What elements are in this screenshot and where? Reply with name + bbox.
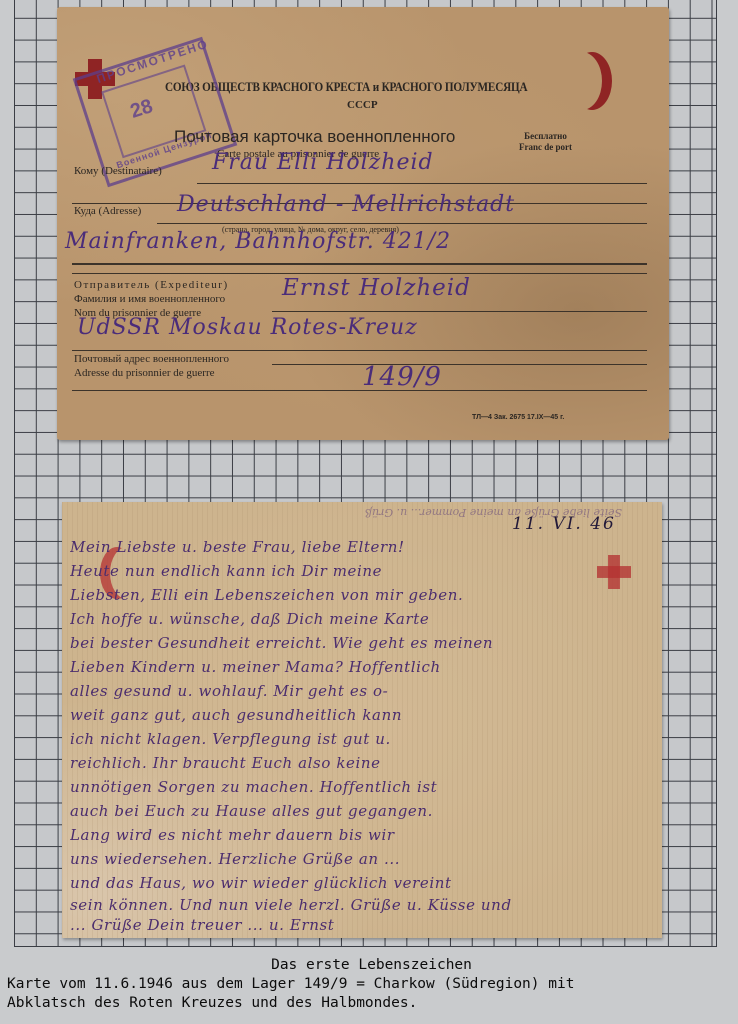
sender-via-value: UdSSR Moskau Rotes-Kreuz xyxy=(77,315,418,340)
caption-line-1: Karte vom 11.6.1946 aus dem Lager 149/9 … xyxy=(0,975,738,994)
print-code: ТЛ—4 Зак. 2675 17.IX—45 г. xyxy=(472,414,564,421)
pow-address-label-fr: Adresse du prisonnier de guerre xyxy=(74,367,215,379)
caption-line-2: Abklatsch des Roten Kreuzes und des Halb… xyxy=(0,994,738,1013)
sender-name-value: Ernst Holzheid xyxy=(282,275,471,301)
letter-line: weit ganz gut, auch gesundheitlich kann xyxy=(70,706,660,724)
letter-date: 11. VI. 46 xyxy=(512,514,616,534)
letter-line: Lang wird es nicht mehr dauern bis wir xyxy=(70,826,660,844)
letter-line: unnötigen Sorgen zu machen. Hoffentlich … xyxy=(70,778,660,796)
letter-line: ich nicht klagen. Verpflegung ist gut u. xyxy=(70,730,660,748)
letter-line: uns wiedersehen. Herzliche Grüße an ... xyxy=(70,850,660,868)
recipient-label: Кому (Destinataire) xyxy=(74,165,162,177)
pow-address-rule xyxy=(272,364,647,365)
address-value-line1: Deutschland - Mellrichstadt xyxy=(177,192,515,217)
recipient-rule xyxy=(197,183,647,184)
letter-line: alles gesund u. wohlauf. Mir geht es o- xyxy=(70,682,660,700)
rule xyxy=(72,350,647,351)
card-title-ru: Почтовая карточка военнопленного xyxy=(174,127,455,147)
letter-line: Heute nun endlich kann ich Dir meine xyxy=(70,562,660,580)
pow-address-label-ru: Почтовый адрес военнопленного xyxy=(74,353,229,365)
postage-free-ru: Бесплатно xyxy=(519,131,572,142)
letter-line: Ich hoffe u. wünsche, daß Dich meine Kar… xyxy=(70,610,660,628)
address-label: Куда (Adresse) xyxy=(74,205,141,217)
postage-free-fr: Franc de port xyxy=(519,142,572,153)
rule xyxy=(72,273,647,274)
postage-free-label: Бесплатно Franc de port xyxy=(519,131,572,153)
album-caption: Das erste Lebenszeichen Karte vom 11.6.1… xyxy=(0,956,738,1013)
address-value-line2: Mainfranken, Bahnhofstr. 421/2 xyxy=(65,229,451,254)
caption-title: Das erste Lebenszeichen xyxy=(0,956,738,975)
address-rule xyxy=(157,223,647,224)
rule xyxy=(72,263,647,265)
letter-line: Mein Liebste u. beste Frau, liebe Eltern… xyxy=(70,538,660,556)
rule xyxy=(72,390,647,391)
red-crescent-icon xyxy=(562,52,602,110)
letter-line: und das Haus, wo wir wieder glücklich ve… xyxy=(70,874,660,892)
recipient-value: Frau Elli Holzheid xyxy=(212,150,434,175)
letter-line: ... Grüße Dein treuer ... u. Ernst xyxy=(70,916,660,934)
sender-name-rule xyxy=(272,311,647,312)
organization-country: СССР xyxy=(347,99,378,111)
letter-line: sein können. Und nun viele herzl. Grüße … xyxy=(70,896,660,914)
letter-line: Lieben Kindern u. meiner Mama? Hoffentli… xyxy=(70,658,660,676)
pow-address-value: 149/9 xyxy=(362,362,442,392)
letter-line: auch bei Euch zu Hause alles gut gegange… xyxy=(70,802,660,820)
sender-label: Отправитель (Expediteur) xyxy=(74,279,229,291)
sender-name-label-ru: Фамилия и имя военнопленного xyxy=(74,293,225,305)
letter-line: bei bester Gesundheit erreicht. Wie geht… xyxy=(70,634,660,652)
postcard-back-letter: Seite liebe Grüße an meine Pommer... u. … xyxy=(62,502,662,938)
postcard-front: СОЮЗ ОБЩЕСТВ КРАСНОГО КРЕСТА и КРАСНОГО … xyxy=(57,7,669,440)
letter-line: reichlich. Ihr braucht Euch also keine xyxy=(70,754,660,772)
letter-line: Liebsten, Elli ein Lebenszeichen von mir… xyxy=(70,586,660,604)
